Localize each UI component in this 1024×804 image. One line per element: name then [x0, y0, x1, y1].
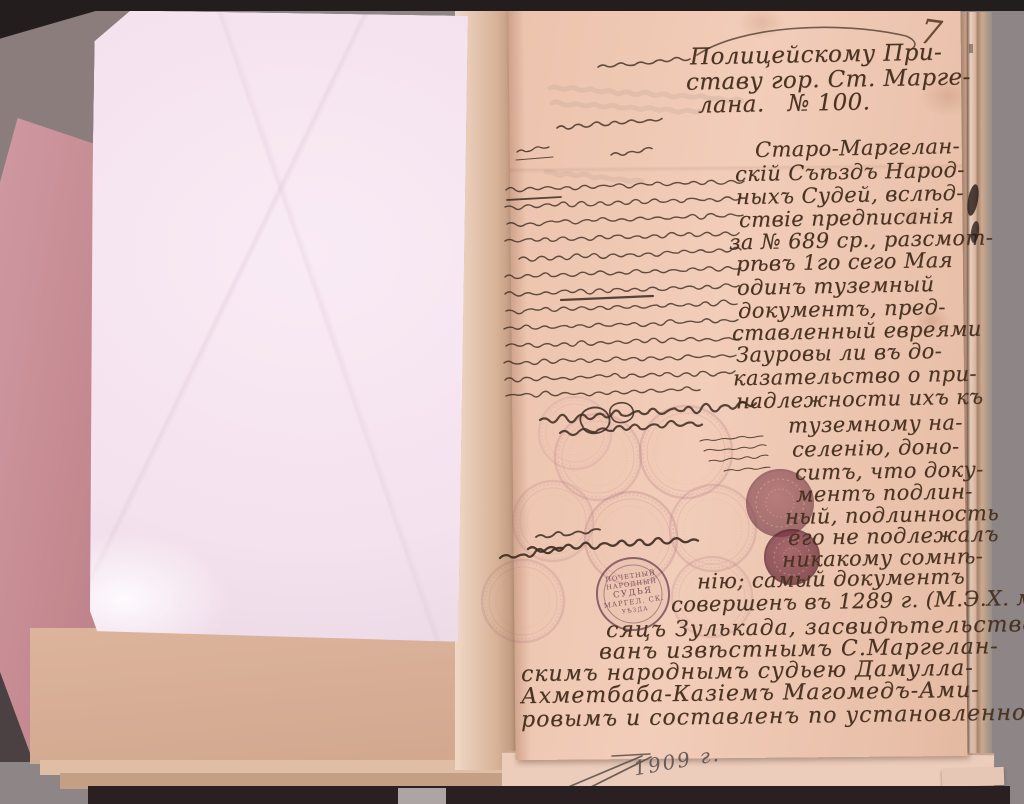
arabic-script-lines — [500, 58, 770, 558]
arabic-script-line — [540, 402, 756, 422]
arabic-marginalia-layer — [0, 0, 1024, 804]
ink-blot-page-edge — [965, 44, 980, 243]
archival-scan: ПОЧЕТНЫЙ НАРОДНЫЙ СУДЬЯ МАРГЕЛ. СК. УѢЗД… — [0, 0, 1024, 804]
arabic-script-line — [505, 284, 739, 296]
arabic-script-line — [504, 319, 738, 329]
top-shadow-band — [0, 0, 1024, 11]
pencil-ghost-line — [550, 87, 742, 101]
arabic-script-line — [505, 267, 741, 279]
arabic-script-line — [709, 455, 768, 461]
arabic-script-line — [506, 338, 739, 348]
pencil-ghost-marks — [546, 87, 742, 182]
pencil-ghost-line — [552, 102, 700, 112]
arabic-script-line — [517, 147, 549, 152]
arabic-script-line — [507, 214, 743, 227]
bottom-shadow-band — [88, 786, 1010, 804]
arabic-script-line — [557, 119, 662, 129]
arabic-script-line — [536, 529, 600, 537]
pencil-ghost-line — [546, 172, 642, 182]
arabic-script-line — [506, 300, 737, 314]
arabic-script-line — [505, 371, 735, 382]
arabic-script-line — [704, 445, 766, 451]
arabic-script-line — [724, 467, 770, 471]
signature-loop — [580, 408, 609, 434]
arabic-script-line — [504, 355, 736, 365]
arabic-script-line — [500, 548, 562, 558]
header-paraph — [697, 27, 915, 55]
arabic-script-line — [505, 232, 739, 242]
arabic-script-line — [611, 148, 652, 156]
arabic-script-line — [506, 387, 700, 397]
arabic-script-line — [598, 58, 690, 67]
bottom-gray-fragment — [398, 788, 446, 804]
arabic-script-line — [700, 436, 763, 441]
arabic-script-line — [519, 247, 741, 261]
